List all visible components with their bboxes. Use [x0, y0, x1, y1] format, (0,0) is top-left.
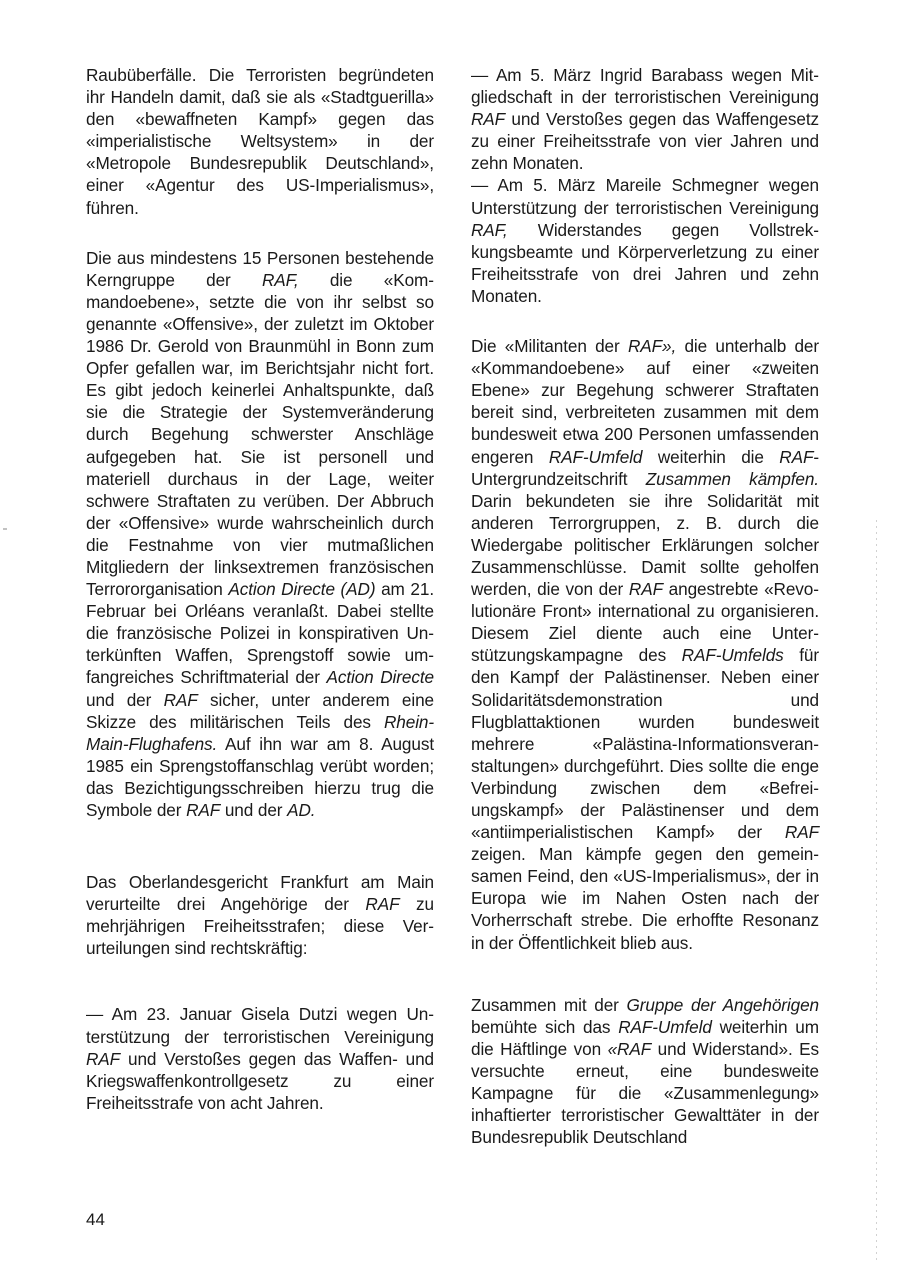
- italic-text-segment: RAF: [164, 690, 198, 710]
- italic-text-segment: RAF-Umfeld: [549, 447, 643, 467]
- italic-text-segment: RAF: [86, 1049, 120, 1069]
- text-segment: und der: [86, 690, 164, 710]
- italic-text-segment: RAF: [779, 447, 813, 467]
- left-column: Raubüberfälle. Die Terroristen begründe­…: [86, 64, 434, 1114]
- italic-text-segment: RAF»,: [628, 336, 676, 356]
- verdict-item-schmegner: — Am 5. März Mareile Schmegner wegen Unt…: [471, 174, 819, 307]
- italic-text-segment: RAF,: [471, 220, 508, 240]
- italic-text-segment: RAF-Umfelds: [682, 645, 784, 665]
- italic-text-segment: RAF-Umfeld: [618, 1017, 712, 1037]
- italic-text-segment: Zu­sammen kämpfen.: [646, 469, 819, 489]
- italic-text-segment: RAF: [186, 800, 220, 820]
- italic-text-segment: RAF: [365, 894, 399, 914]
- italic-text-segment: RAF: [785, 822, 819, 842]
- italic-text-segment: «RAF: [608, 1039, 652, 1059]
- scan-artifact-line: [876, 520, 877, 1260]
- text-segment: und Verstoßes gegen das Waf­fen- und Kri…: [86, 1049, 434, 1113]
- italic-text-segment: Action Directe (AD): [228, 579, 375, 599]
- text-segment: Raubüberfälle. Die Terroristen begründe­…: [86, 65, 434, 218]
- verdict-item-barabass: — Am 5. März Ingrid Barabass wegen Mit­g…: [471, 64, 819, 174]
- text-segment: wei­terhin die: [642, 447, 779, 467]
- text-segment: für den Kampf der Palästinenser. Neben e…: [471, 645, 819, 842]
- text-segment: die «Kom­mandoebene», setzte die von ihr…: [86, 270, 434, 599]
- text-segment: bemühte sich das: [471, 1017, 618, 1037]
- text-segment: und der: [220, 800, 287, 820]
- page-number: 44: [86, 1210, 105, 1230]
- text-segment: — Am 23. Januar Gisela Dutzi wegen Un­te…: [86, 1004, 434, 1046]
- text-segment: und Verstoßes gegen das Waf­fengesetz zu…: [471, 109, 819, 173]
- text-segment: Widerstandes gegen Vollstrek­kungsbeamte…: [471, 220, 819, 306]
- italic-text-segment: RAF,: [262, 270, 299, 290]
- right-column: — Am 5. März Ingrid Barabass wegen Mit­g…: [471, 64, 819, 1148]
- italic-text-segment: RAF: [629, 579, 663, 599]
- italic-text-segment: RAF: [471, 109, 505, 129]
- text-segment: — Am 5. März Mareile Schmegner wegen Unt…: [471, 175, 819, 217]
- italic-text-segment: Gruppe der Angehöri­gen: [627, 995, 819, 1015]
- italic-text-segment: AD.: [287, 800, 315, 820]
- document-page: Raubüberfälle. Die Terroristen begründe­…: [0, 0, 900, 1276]
- text-segment: Die «Militanten der: [471, 336, 628, 356]
- text-segment: zeigen. Man kämpfe gegen den gemein­same…: [471, 844, 819, 952]
- paragraph-raf-motives: Raubüberfälle. Die Terroristen begründe­…: [86, 64, 434, 219]
- paragraph-court-verdicts: Das Oberlandesgericht Frankfurt am Main …: [86, 871, 434, 959]
- paragraph-militants: Die «Militanten der RAF», die unterhalb …: [471, 335, 819, 954]
- text-segment: — Am 5. März Ingrid Barabass wegen Mit­g…: [471, 65, 819, 107]
- verdict-item-dutzi: — Am 23. Januar Gisela Dutzi wegen Un­te…: [86, 1003, 434, 1113]
- scan-artifact-mark: [3, 528, 7, 530]
- paragraph-support-group: Zusammen mit der Gruppe der Angehöri­gen…: [471, 994, 819, 1149]
- paragraph-raf-core-group: Die aus mindestens 15 Personen beste­hen…: [86, 247, 434, 821]
- text-segment: Zusammen mit der: [471, 995, 627, 1015]
- italic-text-segment: Action Di­recte: [326, 667, 434, 687]
